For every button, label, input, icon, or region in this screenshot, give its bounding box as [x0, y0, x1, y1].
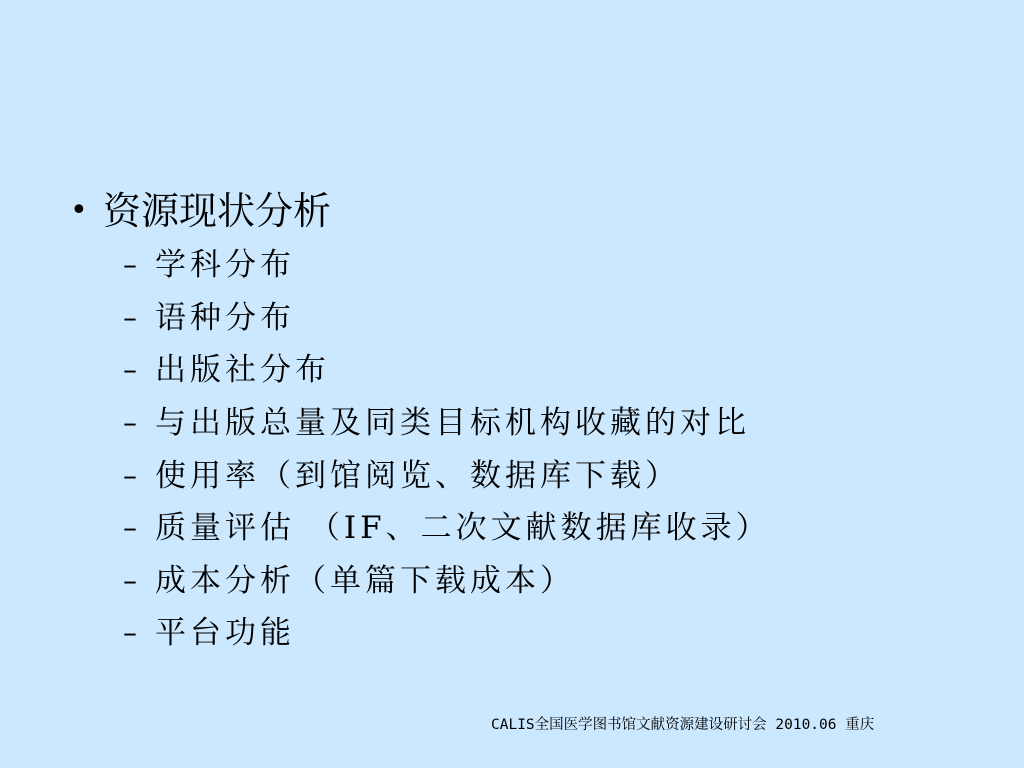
- dash-marker: –: [123, 239, 155, 291]
- sub-bullet-text: 平台功能: [155, 607, 295, 659]
- sub-bullet-text: 质量评估 （IF、二次文献数据库收录）: [155, 502, 771, 554]
- main-bullet-text: 资源现状分析: [103, 183, 331, 239]
- sub-bullet-item: – 与出版总量及同类目标机构收藏的对比: [68, 397, 771, 450]
- sub-bullet-item: – 语种分布: [68, 292, 771, 345]
- sub-bullet-item: – 出版社分布: [68, 344, 771, 397]
- dash-marker: –: [123, 555, 155, 607]
- main-bullet-item: • 资源现状分析: [68, 183, 771, 239]
- dash-marker: –: [123, 607, 155, 659]
- sub-bullet-text: 语种分布: [155, 292, 295, 344]
- sub-bullet-item: – 学科分布: [68, 239, 771, 292]
- dash-marker: –: [123, 397, 155, 449]
- sub-bullet-text: 成本分析（单篇下载成本）: [155, 555, 575, 607]
- dash-marker: –: [123, 450, 155, 502]
- dash-marker: –: [123, 502, 155, 554]
- dash-marker: –: [123, 344, 155, 396]
- sub-bullet-item: – 平台功能: [68, 607, 771, 660]
- bullet-marker: •: [68, 183, 103, 239]
- sub-bullet-item: – 使用率（到馆阅览、数据库下载）: [68, 449, 771, 502]
- sub-bullet-text: 使用率（到馆阅览、数据库下载）: [155, 450, 680, 502]
- dash-marker: –: [123, 292, 155, 344]
- slide-footer: CALIS全国医学图书馆文献资源建设研讨会 2010.06 重庆: [491, 713, 874, 734]
- sub-bullet-list: – 学科分布 – 语种分布 – 出版社分布 – 与出版总量及同类目标机构收藏的对…: [68, 239, 771, 660]
- slide-body: • 资源现状分析 – 学科分布 – 语种分布 – 出版社分布 – 与出版总量及同…: [68, 183, 771, 660]
- sub-bullet-item: – 质量评估 （IF、二次文献数据库收录）: [68, 502, 771, 555]
- sub-bullet-text: 出版社分布: [155, 344, 330, 396]
- sub-bullet-item: – 成本分析（单篇下载成本）: [68, 555, 771, 608]
- sub-bullet-text: 与出版总量及同类目标机构收藏的对比: [155, 397, 750, 449]
- sub-bullet-text: 学科分布: [155, 239, 295, 291]
